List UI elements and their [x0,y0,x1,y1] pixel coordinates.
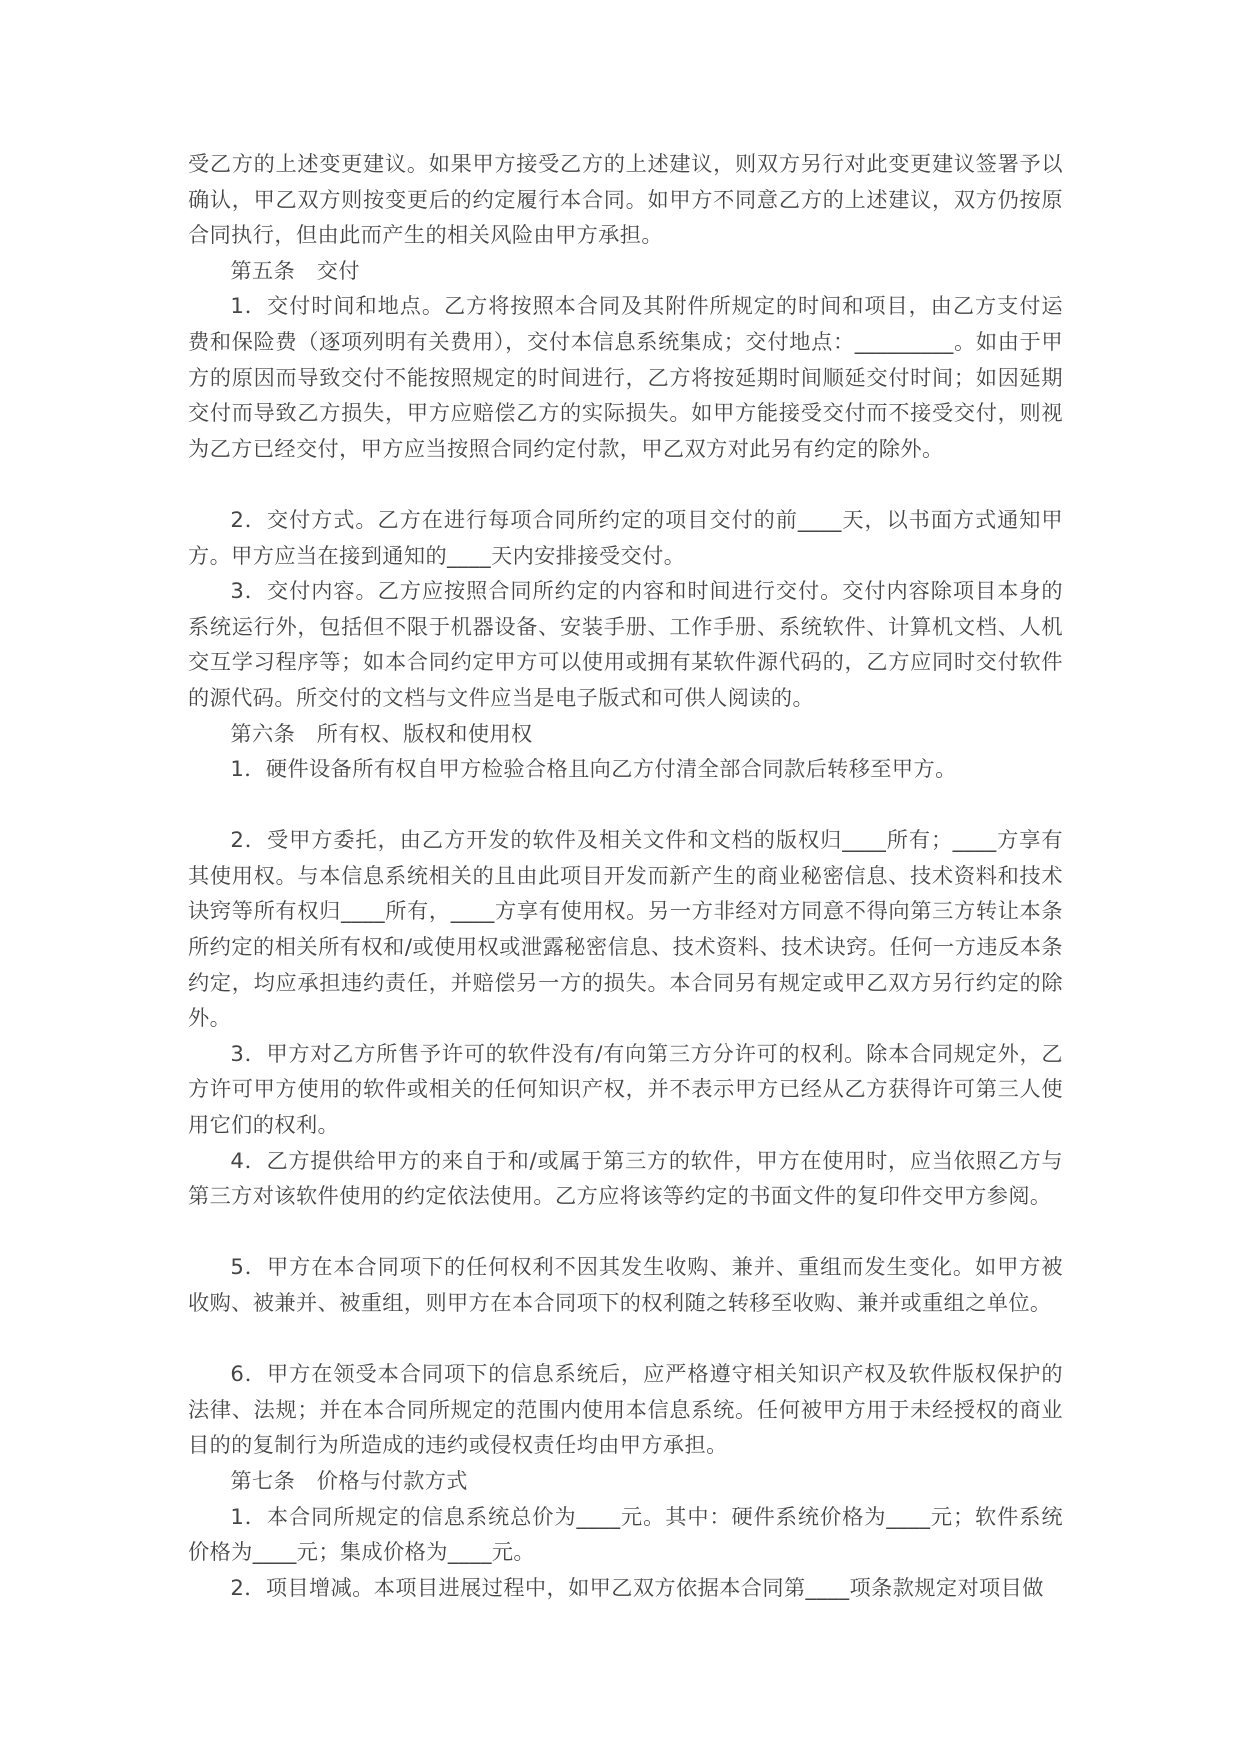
clause-6-5-rights-on-merger: 5．甲方在本合同项下的任何权利不因其发生收购、兼并、重组而发生变化。如甲方被收购… [188,1249,1063,1320]
clause-5-1-delivery-time-place: 1．交付时间和地点。乙方将按照本合同及其附件所规定的时间和项目，由乙方支付运费和… [188,288,1063,466]
clause-5-3-delivery-content: 3．交付内容。乙方应按照合同所约定的内容和时间进行交付。交付内容除项目本身的系统… [188,573,1063,715]
heading-article-5-delivery: 第五条 交付 [188,253,1063,289]
clause-7-1-total-price: 1．本合同所规定的信息系统总价为____元。其中：硬件系统价格为____元；软件… [188,1499,1063,1570]
clause-5-2-delivery-method: 2．交付方式。乙方在进行每项合同所约定的项目交付的前____天，以书面方式通知甲… [188,502,1063,573]
clause-6-1-hardware-ownership: 1．硬件设备所有权自甲方检验合格且向乙方付清全部合同款后转移至甲方。 [188,751,1063,787]
clause-6-3-sublicense-rights: 3．甲方对乙方所售予许可的软件没有/有向第三方分许可的权利。除本合同规定外，乙方… [188,1036,1063,1143]
clause-6-4-third-party-software: 4．乙方提供给甲方的来自于和/或属于第三方的软件，甲方在使用时，应当依照乙方与第… [188,1143,1063,1214]
clause-6-2-software-copyright: 2．受甲方委托，由乙方开发的软件及相关文件和文档的版权归____所有；____方… [188,822,1063,1036]
paragraph-continuation-change-proposal: 受乙方的上述变更建议。如果甲方接受乙方的上述建议，则双方另行对此变更建议签署予以… [188,146,1063,253]
document-page: 受乙方的上述变更建议。如果甲方接受乙方的上述建议，则双方另行对此变更建议签署予以… [0,0,1241,1754]
clause-7-2-project-adjustment: 2．项目增减。本项目进展过程中，如甲乙双方依据本合同第____项条款规定对项目做 [188,1570,1063,1606]
clause-6-6-ip-compliance: 6．甲方在领受本合同项下的信息系统后，应严格遵守相关知识产权及软件版权保护的法律… [188,1356,1063,1463]
heading-article-7-price-payment: 第七条 价格与付款方式 [188,1463,1063,1499]
heading-article-6-ownership-copyright: 第六条 所有权、版权和使用权 [188,716,1063,752]
